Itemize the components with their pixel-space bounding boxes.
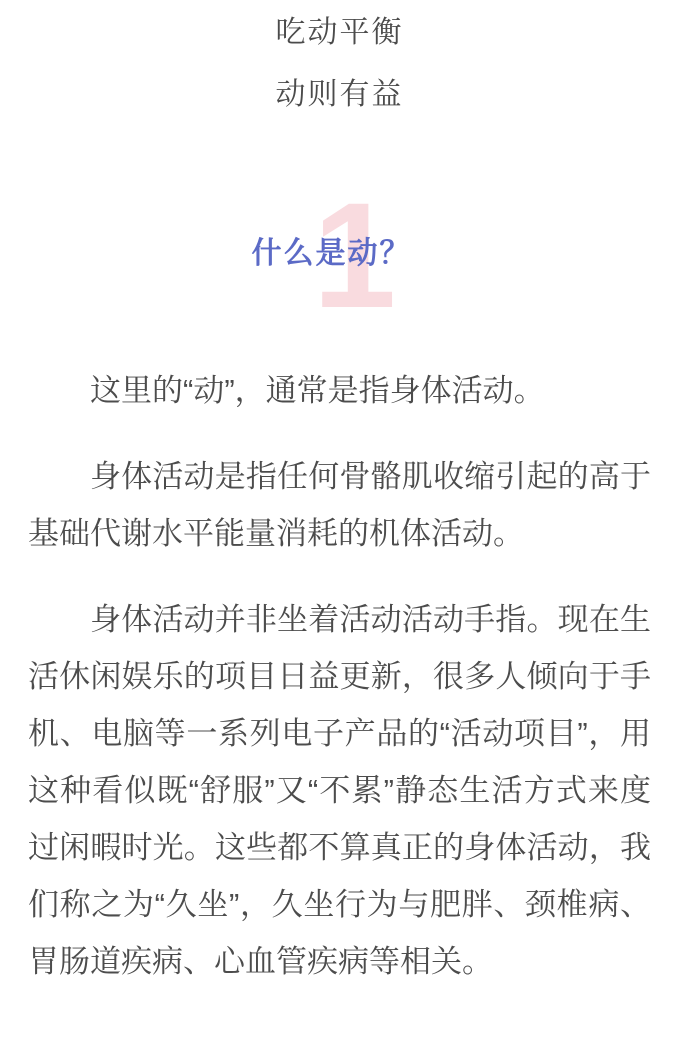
section-heading: 什么是动？	[252, 228, 412, 272]
paragraph-3: 身体活动并非坐着活动活动手指。现在生活休闲娱乐的项目日益更新，很多人倾向于手机、…	[28, 591, 651, 990]
article-body: 这里的“动”，通常是指身体活动。 身体活动是指任何骨骼肌收缩引起的高于基础代谢水…	[0, 362, 679, 990]
doc-title-line-1: 吃动平衡	[0, 2, 679, 64]
doc-title-line-2: 动则有益	[0, 64, 679, 126]
section-header: 1 什么是动？	[0, 198, 679, 312]
article-page: 吃动平衡 动则有益 1 什么是动？ 这里的“动”，通常是指身体活动。 身体活动是…	[0, 0, 679, 1037]
paragraph-1: 这里的“动”，通常是指身体活动。	[28, 362, 651, 419]
paragraph-2: 身体活动是指任何骨骼肌收缩引起的高于基础代谢水平能量消耗的机体活动。	[28, 448, 651, 562]
title-block: 吃动平衡 动则有益	[0, 0, 679, 126]
